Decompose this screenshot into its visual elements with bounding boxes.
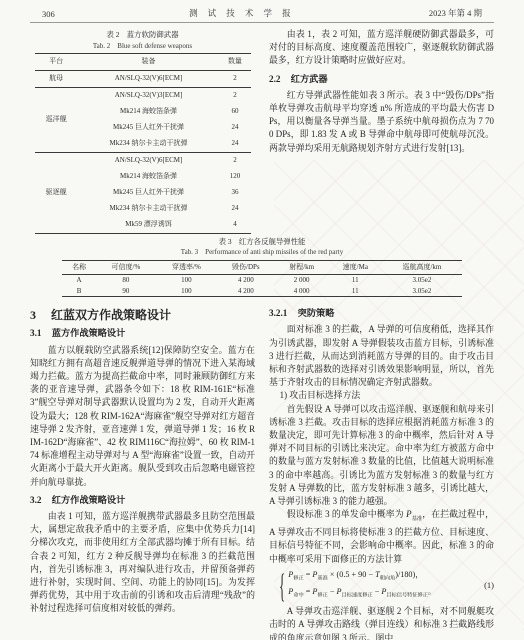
journal-title: 测 试 技 术 学 报 xyxy=(189,7,295,19)
table3-header-row: 名称 可信度/% 穿透率/% 毁伤/DPs 射程/km 速度/Ma 巡航高度/k… xyxy=(62,260,461,274)
table3-col: 射程/km xyxy=(275,260,328,274)
t2-equip-cell: Mk245 巨人红外干扰弹 xyxy=(78,120,220,136)
t3-cell: 100 xyxy=(156,274,216,285)
table3-col: 可信度/% xyxy=(96,260,156,274)
paragraph: 由表 1 可知，蓝方巡洋舰携带武器最多且防空范围最大，属想定敌我矛盾中的主要矛盾… xyxy=(30,510,255,616)
math-sub: 基准 xyxy=(317,575,327,581)
heading-title: 红方武器 xyxy=(291,74,328,84)
table3: 名称 可信度/% 穿透率/% 毁伤/DPs 射程/km 速度/Ma 巡航高度/k… xyxy=(62,260,461,297)
equation-line-1: P修正 = P基准 × (0.5 + 90 − T朝向角)/180)， xyxy=(288,568,480,586)
heading-title: 蓝方作战策略设计 xyxy=(52,328,126,338)
math-sub: 修正 xyxy=(317,593,327,599)
equation-number: (1) xyxy=(484,579,494,592)
page-number: 306 xyxy=(42,9,55,19)
table-row: 巡洋舰 AN/SLQ-32(V)3[ECM] 2 xyxy=(35,87,251,103)
math-op: )/180)， xyxy=(395,570,423,579)
t2-equip-cell: AN/SLQ-32(V)6[ECM] xyxy=(78,152,220,168)
math-sub: 朝向角 xyxy=(380,575,396,581)
t2-equip-cell: Mk214 海蛟箔条弹 xyxy=(78,169,220,185)
paragraph: 红方导弹武器性能如表 3 所示。表 3 中“毁伤/DPs”指单枚导弹攻击航母平均… xyxy=(269,89,494,155)
heading-number: 3.1 xyxy=(30,328,41,338)
t2-qty-cell: 2 xyxy=(219,152,250,168)
math-op: 。 xyxy=(428,587,436,596)
paragraph-text: 假设标准 3 的单发命中概率为 xyxy=(287,509,406,519)
table3-col: 巡航高度/km xyxy=(382,260,461,274)
t2-qty-cell: 24 xyxy=(219,136,250,152)
t2-equip-cell: Mk245 巨人红外干扰弹 xyxy=(78,185,220,201)
heading-2-2: 2.2 红方武器 xyxy=(269,73,494,86)
table2-caption: 表 2 蓝方软防御武器 Tab. 2 Blue soft defense wea… xyxy=(30,30,255,51)
t3-cell: 80 xyxy=(96,274,156,285)
table3-col: 速度/Ma xyxy=(328,260,382,274)
page-content: 306 测 试 技 术 学 报 2023 年第 4 期 表 2 蓝方软防御武器 … xyxy=(30,7,494,640)
t3-cell: B xyxy=(62,285,95,296)
t2-equip-cell: Mk234 纳尔卡主动干扰弹 xyxy=(78,201,220,217)
paragraph: 面对标准 3 的拦截，A 导弹的可信度稍低，选择其作为引诱武器，即发射 A 导弹… xyxy=(269,323,494,389)
math-sub: 目标速度修正 xyxy=(342,593,373,599)
table-row: 航母 AN/SLQ-32(V)6[ECM] 2 xyxy=(35,70,251,87)
table3-caption-zh: 表 3 红方各反舰导弹性能 xyxy=(30,237,494,248)
table3-col: 毁伤/DPs xyxy=(217,260,275,274)
section-title: 红蓝双方作战策略设计 xyxy=(51,308,171,322)
t2-equip-cell: AN/SLQ-32(V)6[ECM] xyxy=(78,70,220,87)
table-row: B 90 100 4 200 4 000 11 3.05e2 xyxy=(62,285,461,296)
table2-col-platform: 平台 xyxy=(35,54,78,71)
row-bottom: 3 红蓝双方作战策略设计 3.1 蓝方作战策略设计 蓝方以舰载防空武器系统[12… xyxy=(30,302,494,640)
t2-equip-cell: Mk214 海蛟箔条弹 xyxy=(78,104,220,120)
journal-page: 306 测 试 技 术 学 报 2023 年第 4 期 表 2 蓝方软防御武器 … xyxy=(0,0,524,640)
table2: 平台 装备 数量 航母 AN/SLQ-32(V)6[ECM] 2 巡洋舰 AN/… xyxy=(35,53,251,234)
heading-number: 3.2 xyxy=(30,495,41,505)
t2-qty-cell: 4 xyxy=(219,217,250,233)
paragraph: 蓝方以舰载防空武器系统[12]保障防空安全。蓝方在知晓红方拥有高超音速反舰弹道导… xyxy=(30,344,255,489)
heading-3-2: 3.2 红方作战策略设计 xyxy=(30,494,255,507)
brace-glyph: { xyxy=(279,568,285,602)
table2-caption-en: Tab. 2 Blue soft defense weapons xyxy=(30,41,255,52)
table2-caption-zh: 表 2 蓝方软防御武器 xyxy=(30,30,255,41)
equation-line-2: P命中 = P修正 − P目标速度修正 − P目标信号特征修正。 xyxy=(288,585,480,603)
t3-cell: 4 200 xyxy=(217,274,275,285)
t3-cell: A xyxy=(62,274,95,285)
heading-title: 突防策略 xyxy=(298,308,335,318)
t2-qty-cell: 120 xyxy=(219,169,250,185)
paragraph: 假设标准 3 的单发命中概率为 P基准，在拦截过程中，A 导弹攻击不同目标将使标… xyxy=(269,508,494,566)
heading-number: 2.2 xyxy=(269,74,280,84)
t3-cell: 4 000 xyxy=(275,285,328,296)
table3-caption-en: Tab. 3 Performance of anti ship missiles… xyxy=(30,247,494,258)
t3-cell: 4 200 xyxy=(217,285,275,296)
math-sub: 基准 xyxy=(412,516,423,522)
t2-qty-cell: 2 xyxy=(219,87,250,103)
t2-equip-cell: Mk234 纳尔卡主动干扰弹 xyxy=(78,136,220,152)
section-number: 3 xyxy=(30,308,36,322)
running-head: 306 测 试 技 术 学 报 2023 年第 4 期 xyxy=(30,7,494,23)
t2-qty-cell: 60 xyxy=(219,104,250,120)
table2-col-equip: 装备 xyxy=(78,54,220,71)
paragraph: 首先假设 A 导弹可以攻击巡洋舰、驱逐舰和航母来引诱标准 3 拦截。攻击目标的选… xyxy=(269,403,494,509)
math-sub: 命中 xyxy=(293,593,303,599)
right-column-top: 由表 1，表 2 可知，蓝方巡洋舰硬防御武器最多，可对付的目标高度、速度覆盖范围… xyxy=(269,28,494,234)
right-column-bottom: 3.2.1 突防策略 面对标准 3 的拦截，A 导弹的可信度稍低，选择其作为引诱… xyxy=(269,302,494,640)
table3-col: 穿透率/% xyxy=(156,260,216,274)
heading-3-2-1: 3.2.1 突防策略 xyxy=(269,307,494,320)
t3-cell: 11 xyxy=(328,274,382,285)
t3-cell: 2 000 xyxy=(275,274,328,285)
heading-title: 红方作战策略设计 xyxy=(52,495,126,505)
t2-platform-cell: 航母 xyxy=(35,70,78,87)
table2-header-row: 平台 装备 数量 xyxy=(35,54,251,71)
table3-block: 表 3 红方各反舰导弹性能 Tab. 3 Performance of anti… xyxy=(30,237,494,297)
t2-platform-cell: 巡洋舰 xyxy=(35,87,78,152)
row-top: 表 2 蓝方软防御武器 Tab. 2 Blue soft defense wea… xyxy=(30,28,494,234)
t2-equip-cell: Mk59 漂浮诱饵 xyxy=(78,217,220,233)
t2-qty-cell: 24 xyxy=(219,201,250,217)
math-op: − xyxy=(328,587,337,596)
table2-col-qty: 数量 xyxy=(219,54,250,71)
t2-qty-cell: 24 xyxy=(219,120,250,136)
left-column-bottom: 3 红蓝双方作战策略设计 3.1 蓝方作战策略设计 蓝方以舰载防空武器系统[12… xyxy=(30,302,255,640)
equation-lines: P修正 = P基准 × (0.5 + 90 − T朝向角)/180)， P命中 … xyxy=(288,568,480,603)
equation-1: { P修正 = P基准 × (0.5 + 90 − T朝向角)/180)， P命… xyxy=(279,568,494,603)
heading-number: 3.2.1 xyxy=(269,308,287,318)
t2-platform-cell: 驱逐舰 xyxy=(35,152,78,233)
t2-qty-cell: 2 xyxy=(219,70,250,87)
left-column-top: 表 2 蓝方软防御武器 Tab. 2 Blue soft defense wea… xyxy=(30,28,255,234)
math-sub: 修正 xyxy=(293,575,303,581)
section-3-heading: 3 红蓝双方作战策略设计 xyxy=(30,309,255,322)
math-sub: 目标信号特征修正 xyxy=(386,593,428,599)
list-item: 1) 攻击目标选择方法 xyxy=(269,389,494,402)
table3-col: 名称 xyxy=(62,260,95,274)
t3-cell: 3.05e2 xyxy=(382,274,461,285)
t3-cell: 90 xyxy=(96,285,156,296)
heading-3-1: 3.1 蓝方作战策略设计 xyxy=(30,327,255,340)
t2-qty-cell: 36 xyxy=(219,185,250,201)
paragraph: A 导弹攻击巡洋舰、驱逐舰 2 个目标，对不同舰艇攻击时的 A 导弹攻击路线（弹… xyxy=(269,605,494,640)
paragraph: 由表 1，表 2 可知，蓝方巡洋舰硬防御武器最多，可对付的目标高度、速度覆盖范围… xyxy=(269,28,494,68)
t3-cell: 100 xyxy=(156,285,216,296)
table-row: A 80 100 4 200 2 000 11 3.05e2 xyxy=(62,274,461,285)
issue-label: 2023 年第 4 期 xyxy=(429,7,482,19)
math-op: × (0.5 + 90 − xyxy=(328,570,375,579)
t3-cell: 3.05e2 xyxy=(382,285,461,296)
table-row: 驱逐舰 AN/SLQ-32(V)6[ECM] 2 xyxy=(35,152,251,168)
t2-equip-cell: AN/SLQ-32(V)3[ECM] xyxy=(78,87,220,103)
t3-cell: 11 xyxy=(328,285,382,296)
table3-caption: 表 3 红方各反舰导弹性能 Tab. 3 Performance of anti… xyxy=(30,237,494,258)
